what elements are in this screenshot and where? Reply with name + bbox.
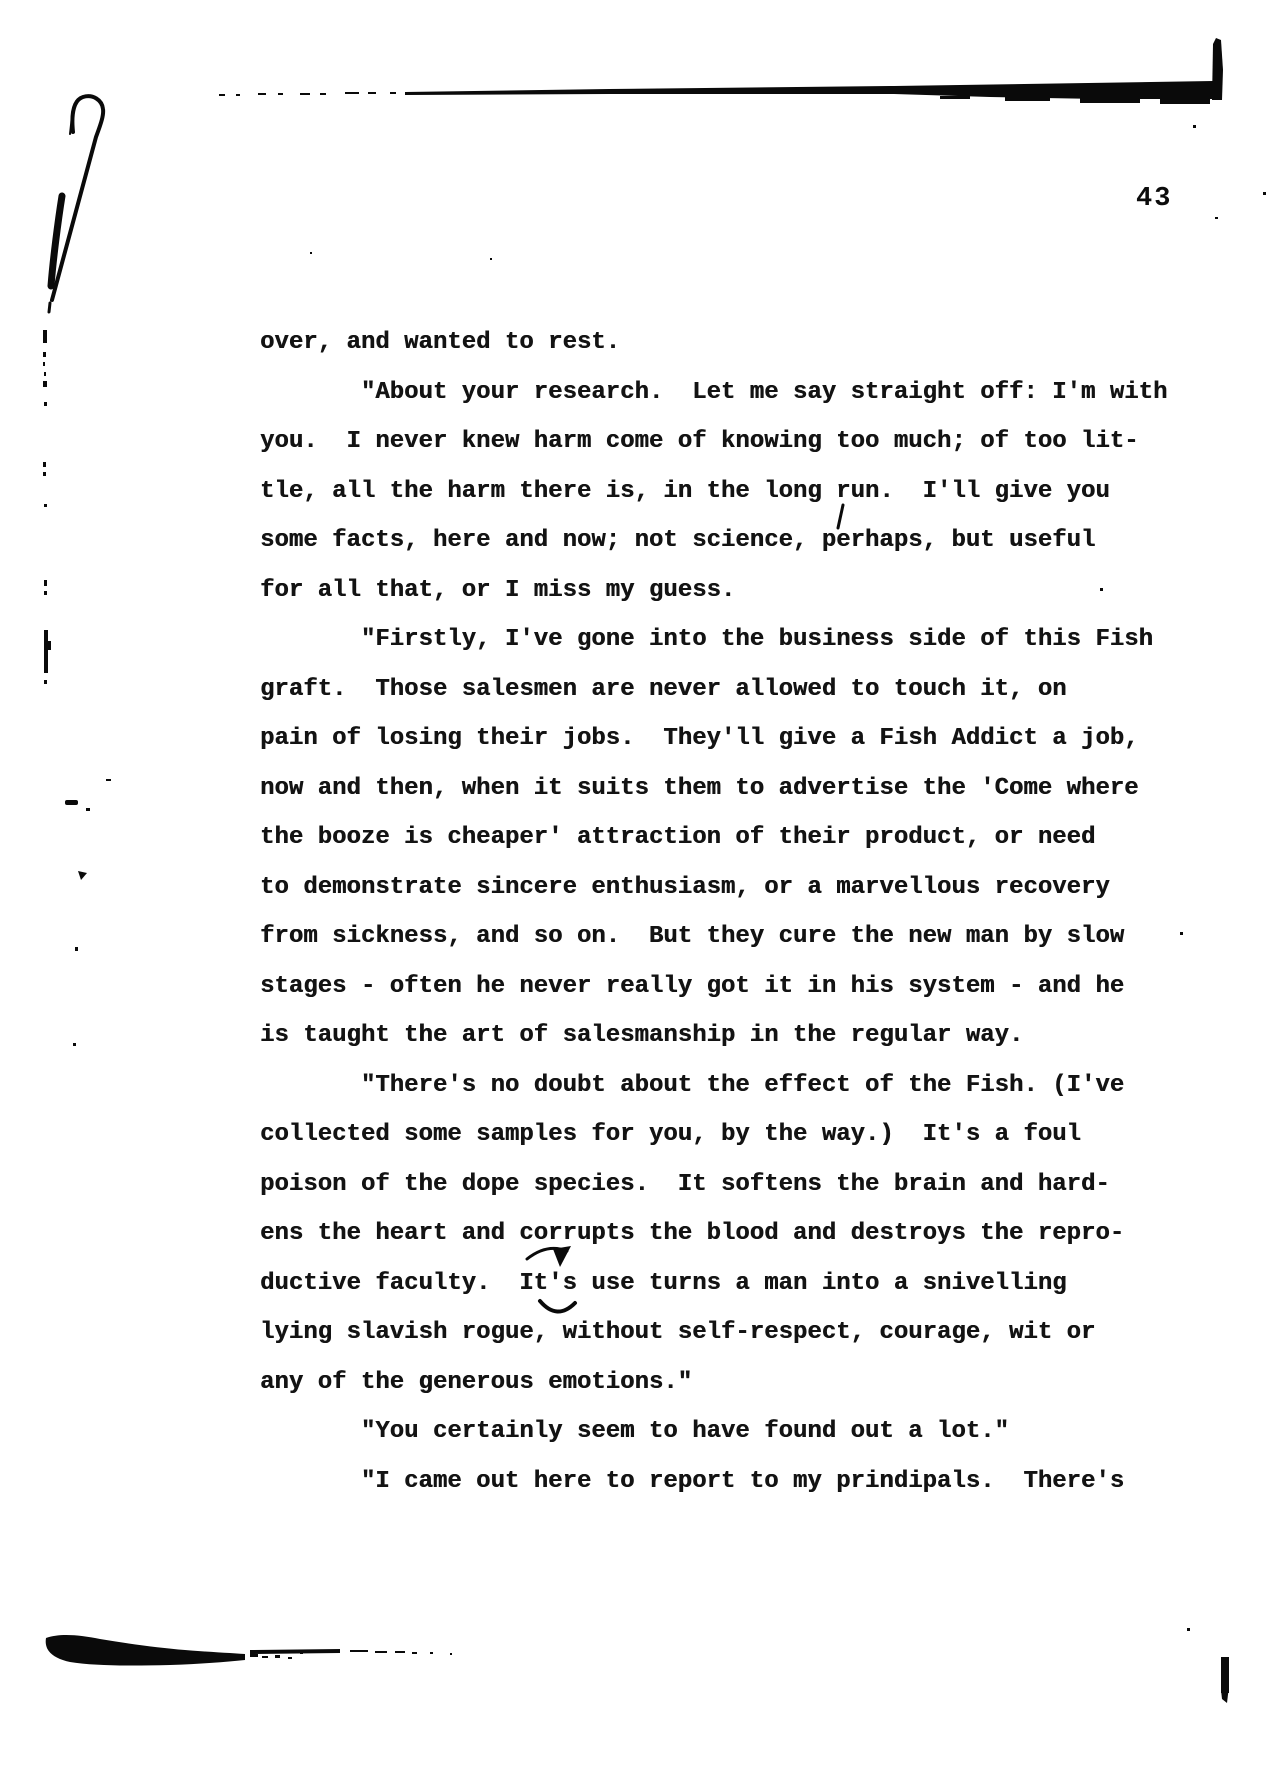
typewritten-line: ductive faculty. It's use turns a man in… [260, 1259, 1220, 1309]
typewritten-line: any of the generous emotions." [260, 1358, 1220, 1408]
typewritten-line: lying slavish rogue, without self-respec… [260, 1308, 1220, 1358]
margin-tick-marks-icon [43, 330, 111, 1046]
scanned-typescript-page: 43 over, and wanted to rest. "About your… [0, 0, 1274, 1788]
typewritten-line: tle, all the harm there is, in the long … [260, 467, 1220, 517]
typewritten-line: is taught the art of salesmanship in the… [260, 1011, 1220, 1061]
typewritten-line: to demonstrate sincere enthusiasm, or a … [260, 863, 1220, 913]
typewritten-line: ens the heart and corrupts the blood and… [260, 1209, 1220, 1259]
typewritten-line: "I came out here to report to my prindip… [260, 1457, 1220, 1507]
scan-hook-top-right-icon [1212, 38, 1223, 100]
typewritten-line: from sickness, and so on. But they cure … [260, 912, 1220, 962]
typewritten-line: graft. Those salesmen are never allowed … [260, 665, 1220, 715]
page-number: 43 [1136, 184, 1172, 214]
typewritten-line: now and then, when it suits them to adve… [260, 764, 1220, 814]
typewritten-line: for all that, or I miss my guess. [260, 566, 1220, 616]
typewritten-line: poison of the dope species. It softens t… [260, 1160, 1220, 1210]
typewritten-line: collected some samples for you, by the w… [260, 1110, 1220, 1160]
scan-streak-top-icon [219, 81, 1222, 104]
typewritten-line: "There's no doubt about the effect of th… [260, 1061, 1220, 1111]
typewritten-text-block: over, and wanted to rest. "About your re… [260, 318, 1220, 1506]
scan-bar-bottom-right-icon [1221, 1657, 1229, 1703]
typewritten-line: you. I never knew harm come of knowing t… [260, 417, 1220, 467]
typewritten-line: "Firstly, I've gone into the business si… [260, 615, 1220, 665]
typewritten-line: the booze is cheaper' attraction of thei… [260, 813, 1220, 863]
typewritten-line: "About your research. Let me say straigh… [260, 368, 1220, 418]
typewritten-line: pain of losing their jobs. They'll give … [260, 714, 1220, 764]
typewritten-line: some facts, here and now; not science, p… [260, 516, 1220, 566]
typewritten-line: stages - often he never really got it in… [260, 962, 1220, 1012]
typewritten-line: "You certainly seem to have found out a … [260, 1407, 1220, 1457]
typewritten-line: over, and wanted to rest. [260, 318, 1220, 368]
ink-blot-bottom-left-icon [46, 1635, 452, 1666]
pen-stroke-left-margin-icon [49, 96, 103, 312]
